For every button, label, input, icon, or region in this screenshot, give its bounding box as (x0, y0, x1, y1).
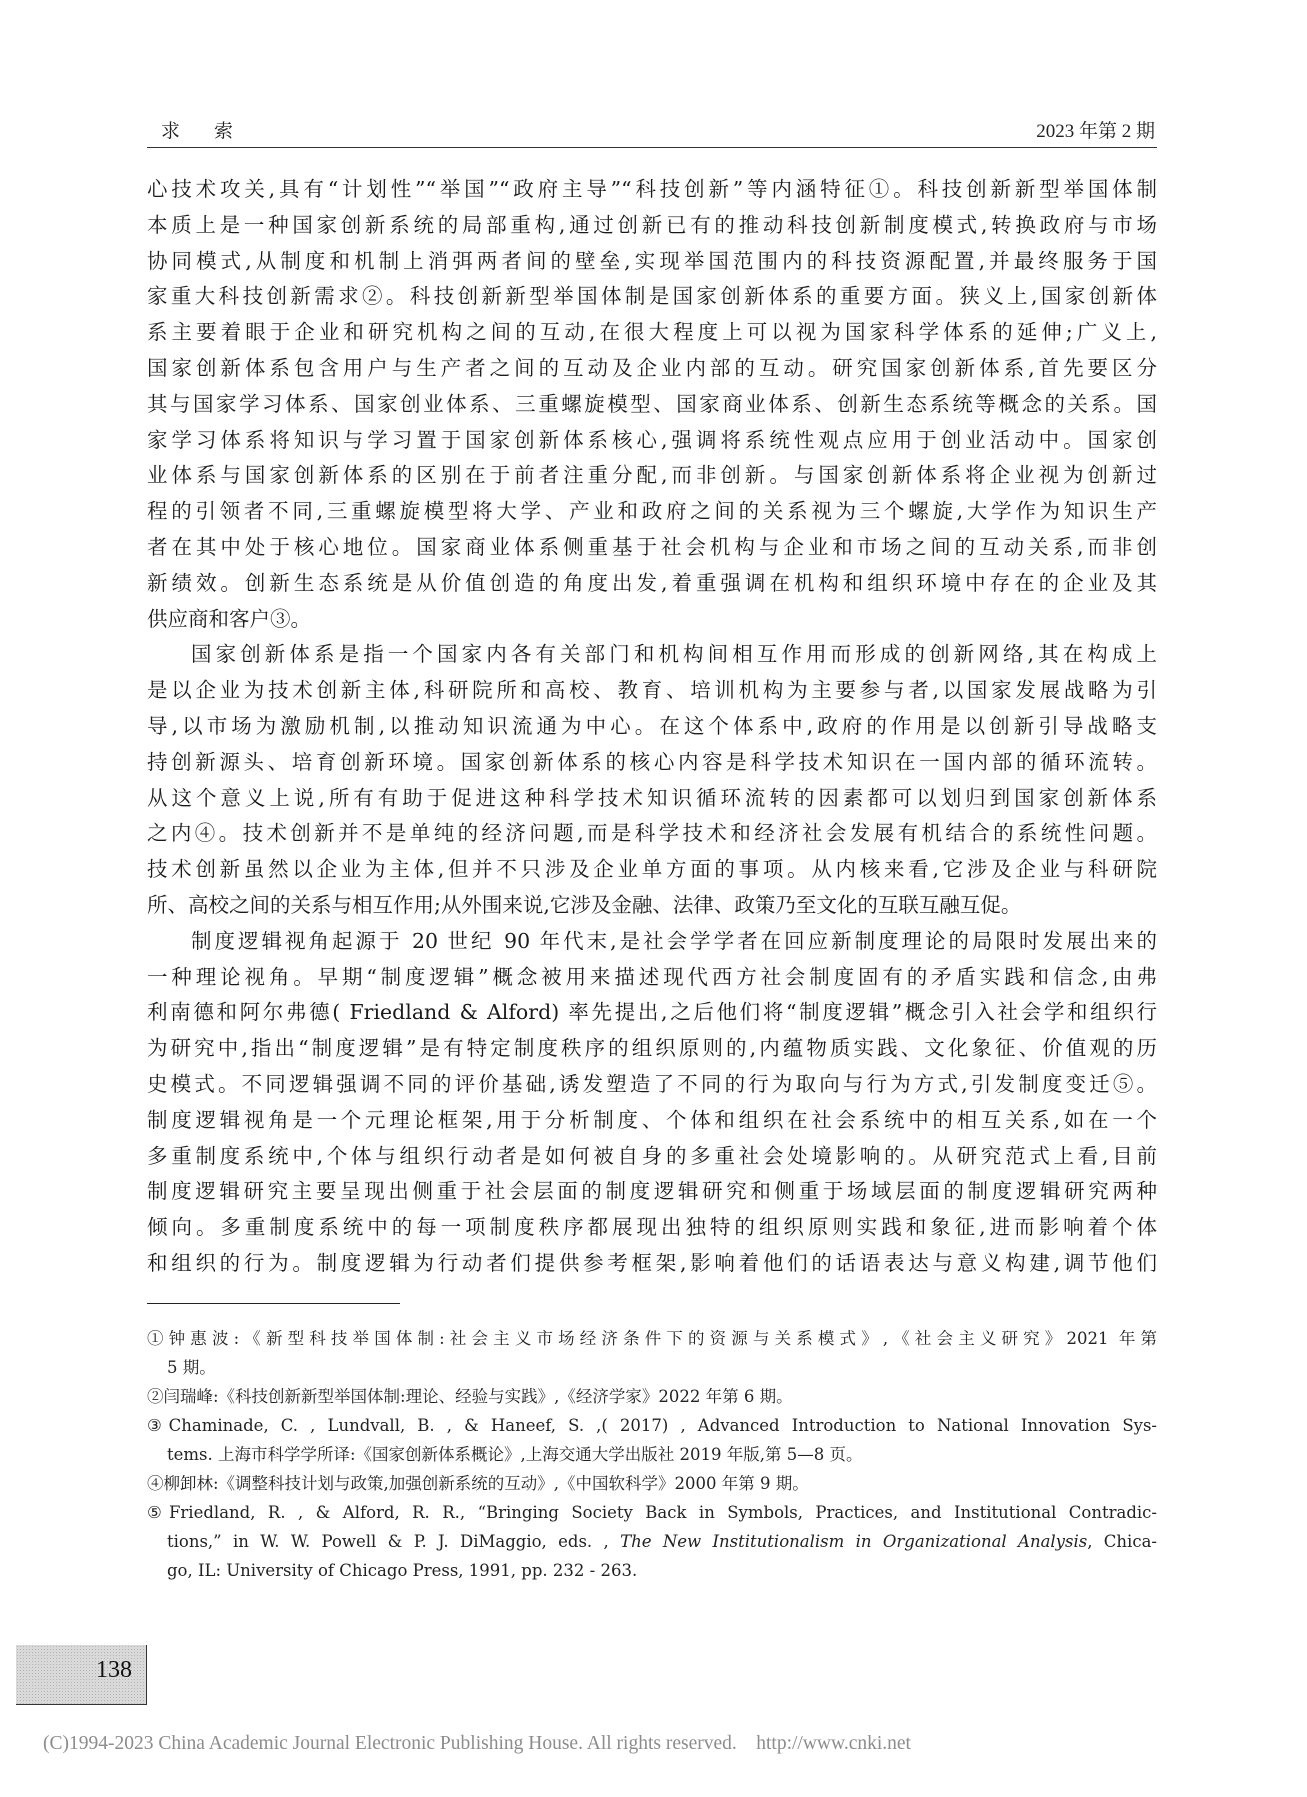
body-line: 国家创新体系包含用户与生产者之间的互动及企业内部的互动。研究国家创新体系,首先要… (147, 351, 1157, 387)
body-line: 新绩效。创新生态系统是从价值创造的角度出发,着重强调在机构和组织环境中存在的企业… (147, 566, 1157, 602)
body-line: 其与国家学习体系、国家创业体系、三重螺旋模型、国家商业体系、创新生态系统等概念的… (147, 387, 1157, 423)
body-line: 供应商和客户③。 (147, 602, 1157, 638)
body-line: 者在其中处于核心地位。国家商业体系侧重基于社会机构与企业和市场之间的互动关系,而… (147, 530, 1157, 566)
body-line: 系主要着眼于企业和研究机构之间的互动,在很大程度上可以视为国家科学体系的延伸;广… (147, 315, 1157, 351)
footnote-line: ①钟惠波:《新型科技举国体制:社会主义市场经济条件下的资源与关系模式》,《社会主… (147, 1324, 1157, 1353)
body-line: 和组织的行为。制度逻辑为行动者们提供参考框架,影响着他们的话语表达与意义构建,调… (147, 1246, 1157, 1282)
body-line: 本质上是一种国家创新系统的局部重构,通过创新已有的推动科技创新制度模式,转换政府… (147, 208, 1157, 244)
footnote-line: tions,” in W. W. Powell & P. J. DiMaggio… (147, 1527, 1157, 1556)
body-line: 之内④。技术创新并不是单纯的经济问题,而是科学技术和经济社会发展有机结合的系统性… (147, 816, 1157, 852)
footnote-line: ⑤Friedland, R. , & Alford, R. R., “Bring… (147, 1498, 1157, 1527)
body-line: 导,以市场为激励机制,以推动知识流通为中心。在这个体系中,政府的作用是以创新引导… (147, 709, 1157, 745)
page-number-box: 138 (16, 1645, 147, 1705)
body-line: 持创新源头、培育创新环境。国家创新体系的核心内容是科学技术知识在一国内部的循环流… (147, 745, 1157, 781)
header-rule (147, 147, 1157, 148)
body-line: 国家创新体系是指一个国家内各有关部门和机构间相互作用而形成的创新网络,其在构成上 (147, 637, 1157, 673)
body-line: 所、高校之间的关系与相互作用;从外围来说,它涉及金融、法律、政策乃至文化的互联互… (147, 888, 1157, 924)
book-title: The New Institutionalism in Organization… (620, 1532, 1087, 1551)
body-line: 为研究中,指出“制度逻辑”是有特定制度秩序的组织原则的,内蕴物质实践、文化象征、… (147, 1031, 1157, 1067)
body-line: 家学习体系将知识与学习置于国家创新体系核心,强调将系统性观点应用于创业活动中。国… (147, 423, 1157, 459)
body-line: 多重制度系统中,个体与组织行动者是如何被自身的多重社会处境影响的。从研究范式上看… (147, 1139, 1157, 1175)
running-header: 求 索 2023 年第 2 期 (147, 112, 1157, 146)
body-line: 利南德和阿尔弗德( Friedland & Alford) 率先提出,之后他们将… (147, 995, 1157, 1031)
body-line: 协同模式,从制度和机制上消弭两者间的壁垒,实现举国范围内的科技资源配置,并最终服… (147, 244, 1157, 280)
footnote-line: tems. 上海市科学学所译:《国家创新体系概论》,上海交通大学出版社 2019… (147, 1440, 1157, 1469)
footnote-text: , Chica- (1087, 1532, 1157, 1551)
body-line: 程的引领者不同,三重螺旋模型将大学、产业和政府之间的关系视为三个螺旋,大学作为知… (147, 494, 1157, 530)
footnote-line: 5 期。 (147, 1353, 1157, 1382)
footnote-line: go, IL: University of Chicago Press, 199… (147, 1556, 1157, 1585)
footnote-line: ②闫瑞峰:《科技创新新型举国体制:理论、经验与实践》,《经济学家》2022 年第… (147, 1382, 1157, 1411)
body-line: 一种理论视角。早期“制度逻辑”概念被用来描述现代西方社会制度固有的矛盾实践和信念… (147, 960, 1157, 996)
issue-label: 2023 年第 2 期 (1036, 116, 1155, 143)
body-line: 倾向。多重制度系统中的每一项制度秩序都展现出独特的组织原则实践和象征,进而影响着… (147, 1210, 1157, 1246)
body-line: 史模式。不同逻辑强调不同的评价基础,诱发塑造了不同的行为取向与行为方式,引发制度… (147, 1067, 1157, 1103)
body-line: 制度逻辑研究主要呈现出侧重于社会层面的制度逻辑研究和侧重于场域层面的制度逻辑研究… (147, 1174, 1157, 1210)
page-number: 138 (96, 1657, 132, 1684)
body-line: 心技术攻关,具有“计划性”“举国”“政府主导”“科技创新”等内涵特征①。科技创新… (147, 172, 1157, 208)
body-line: 制度逻辑视角起源于 20 世纪 90 年代末,是社会学学者在回应新制度理论的局限… (147, 924, 1157, 960)
copyright-notice: (C)1994-2023 China Academic Journal Elec… (43, 1733, 911, 1755)
footnotes: ①钟惠波:《新型科技举国体制:社会主义市场经济条件下的资源与关系模式》,《社会主… (147, 1324, 1157, 1585)
footnote-line: ③Chaminade, C. , Lundvall, B. , & Haneef… (147, 1411, 1157, 1440)
body-line: 技术创新虽然以企业为主体,但并不只涉及企业单方面的事项。从内核来看,它涉及企业与… (147, 852, 1157, 888)
body-line: 业体系与国家创新体系的区别在于前者注重分配,而非创新。与国家创新体系将企业视为创… (147, 458, 1157, 494)
body-line: 是以企业为技术创新主体,科研院所和高校、教育、培训机构为主要参与者,以国家发展战… (147, 673, 1157, 709)
body-text: 心技术攻关,具有“计划性”“举国”“政府主导”“科技创新”等内涵特征①。科技创新… (147, 172, 1157, 1282)
body-line: 家重大科技创新需求②。科技创新新型举国体制是国家创新体系的重要方面。狭义上,国家… (147, 279, 1157, 315)
footnote-separator (147, 1303, 400, 1304)
footnote-text: tions,” in W. W. Powell & P. J. DiMaggio… (167, 1532, 620, 1551)
footnote-line: ④柳卸林:《调整科技计划与政策,加强创新系统的互动》,《中国软科学》2000 年… (147, 1469, 1157, 1498)
journal-name: 求 索 (161, 116, 247, 143)
body-line: 制度逻辑视角是一个元理论框架,用于分析制度、个体和组织在社会系统中的相互关系,如… (147, 1103, 1157, 1139)
body-line: 从这个意义上说,所有有助于促进这种科学技术知识循环流转的因素都可以划归到国家创新… (147, 781, 1157, 817)
